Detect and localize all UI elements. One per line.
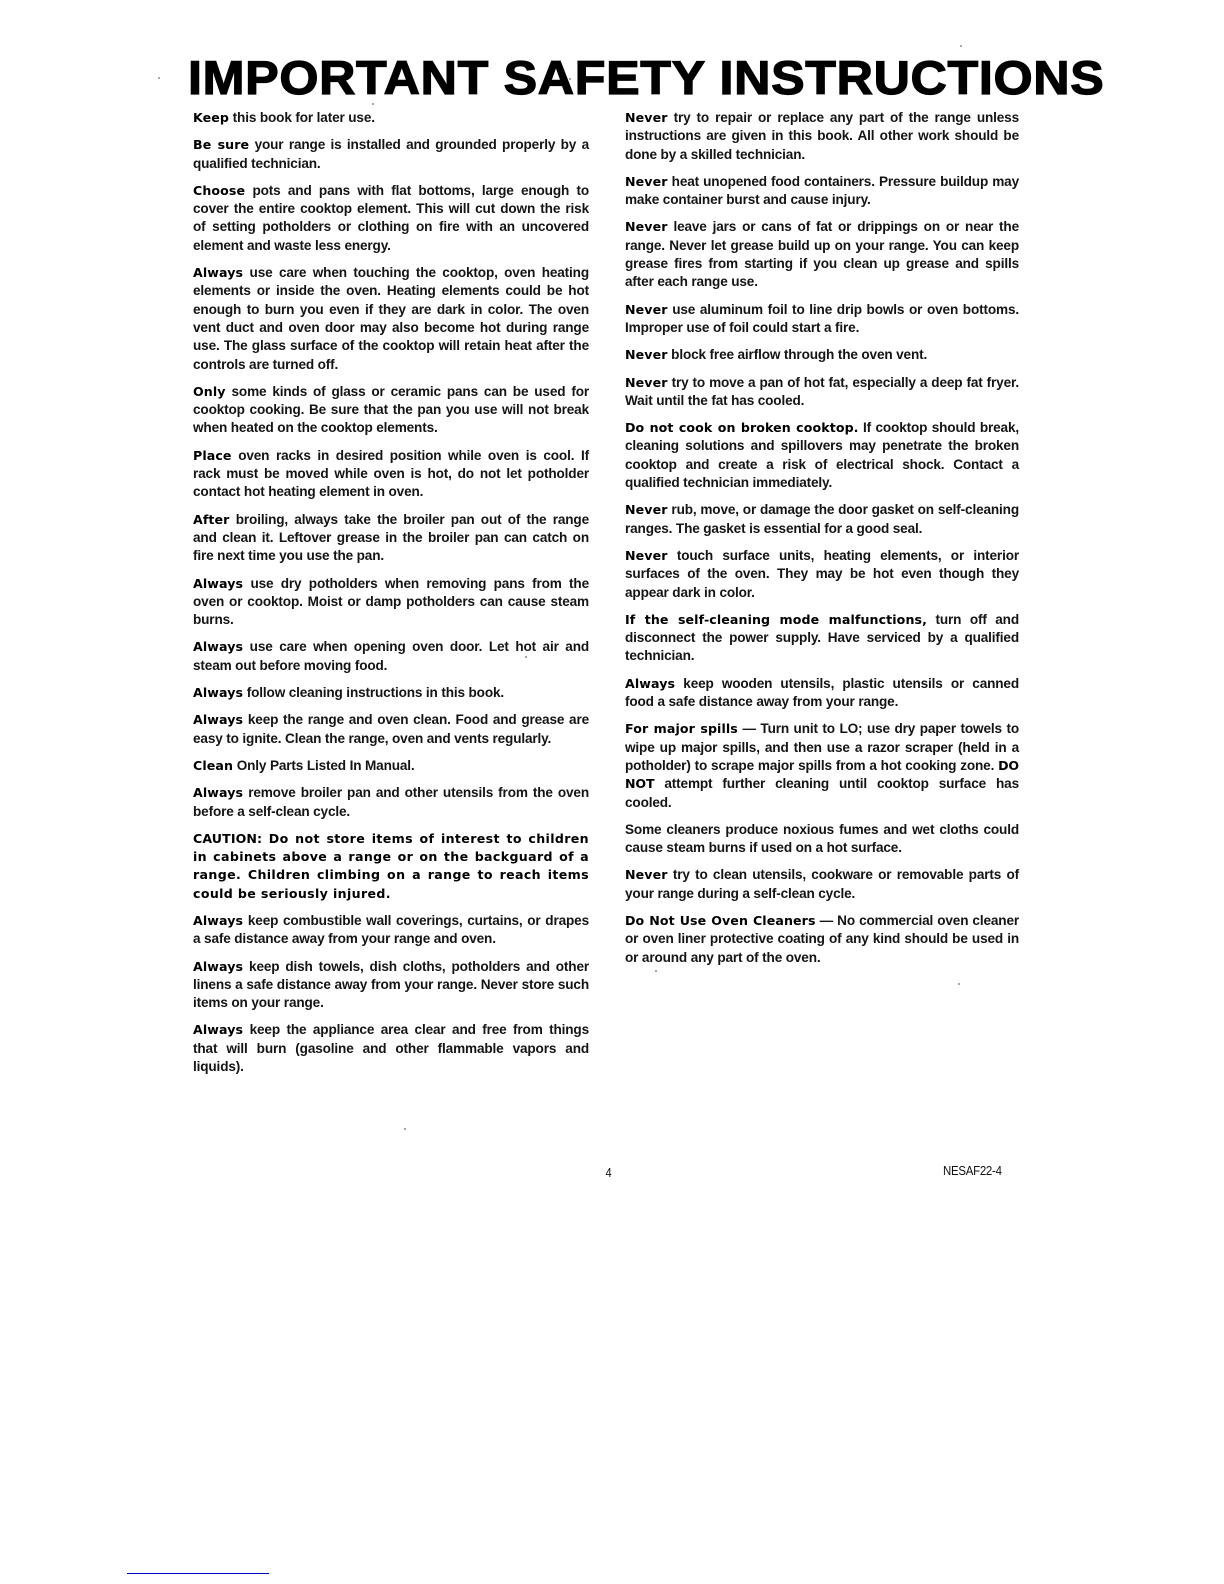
- instruction-text: rub, move, or damage the door gasket on …: [625, 502, 1019, 535]
- instruction-lead: Always: [193, 685, 243, 700]
- instruction-paragraph: Be sure your range is installed and grou…: [193, 136, 589, 173]
- page-number: 4: [606, 1165, 612, 1180]
- instruction-text: broiling, always take the broiler pan ou…: [193, 512, 589, 564]
- instruction-text: your range is installed and grounded pro…: [193, 137, 589, 170]
- instruction-text: keep combustible wall coverings, curtain…: [193, 913, 589, 946]
- instruction-paragraph: After broiling, always take the broiler …: [193, 511, 589, 566]
- instruction-lead: Always: [193, 639, 243, 654]
- instruction-text: follow cleaning instructions in this boo…: [243, 685, 504, 700]
- instruction-lead: Choose: [193, 183, 245, 198]
- scan-speck: [158, 77, 160, 79]
- instruction-text: use aluminum foil to line drip bowls or …: [625, 302, 1019, 335]
- instruction-paragraph: Keep this book for later use.: [193, 109, 589, 127]
- document-code: NESAF22-4: [943, 1163, 1002, 1178]
- scan-speck: [404, 1128, 406, 1130]
- caution-label: CAUTION:: [193, 831, 262, 846]
- instruction-text: Some cleaners produce noxious fumes and …: [625, 822, 1019, 855]
- instruction-paragraph: Always follow cleaning instructions in t…: [193, 684, 589, 702]
- instruction-paragraph: Never try to repair or replace any part …: [625, 109, 1019, 164]
- instruction-lead: Always: [193, 959, 243, 974]
- instruction-lead: Never: [625, 110, 668, 125]
- instruction-lead: Never: [625, 867, 668, 882]
- caution-paragraph: CAUTION: Do not store items of interest …: [193, 830, 589, 903]
- instruction-lead: Be sure: [193, 137, 249, 152]
- instruction-text: keep dish towels, dish cloths, potholder…: [193, 959, 589, 1011]
- right-column: Never try to repair or replace any part …: [625, 109, 1019, 976]
- instruction-paragraph: Clean Only Parts Listed In Manual.: [193, 757, 589, 775]
- instruction-text: Only Parts Listed In Manual.: [233, 758, 414, 773]
- scan-speck: [525, 656, 527, 658]
- instruction-text: try to clean utensils, cookware or remov…: [625, 867, 1019, 900]
- instruction-lead: For major spills: [625, 721, 738, 736]
- instruction-text: this book for later use.: [229, 110, 375, 125]
- instruction-lead: Place: [193, 448, 232, 463]
- instruction-text: oven racks in desired position while ove…: [193, 448, 589, 500]
- instruction-lead: Never: [625, 502, 668, 517]
- instruction-text: keep the appliance area clear and free f…: [193, 1022, 589, 1074]
- instruction-lead: If the self-cleaning mode malfunctions,: [625, 612, 927, 627]
- instruction-text: block free airflow through the oven vent…: [668, 347, 928, 362]
- instruction-text: use care when opening oven door. Let hot…: [193, 639, 589, 672]
- instruction-lead: Only: [193, 384, 226, 399]
- instruction-text: some kinds of glass or ceramic pans can …: [193, 384, 589, 436]
- instruction-text: try to repair or replace any part of the…: [625, 110, 1019, 162]
- instruction-paragraph: Some cleaners produce noxious fumes and …: [625, 821, 1019, 858]
- instruction-lead: Always: [193, 576, 243, 591]
- instruction-paragraph: Never rub, move, or damage the door gask…: [625, 501, 1019, 538]
- instruction-text: keep the range and oven clean. Food and …: [193, 712, 589, 745]
- instruction-paragraph: Place oven racks in desired position whi…: [193, 447, 589, 502]
- instruction-paragraph: Always remove broiler pan and other uten…: [193, 784, 589, 821]
- instruction-lead: Do not cook on broken cooktop.: [625, 420, 859, 435]
- instruction-lead: Clean: [193, 758, 233, 773]
- instruction-paragraph: Never try to move a pan of hot fat, espe…: [625, 374, 1019, 411]
- scan-speck: [569, 78, 571, 80]
- instruction-paragraph: Never heat unopened food containers. Pre…: [625, 173, 1019, 210]
- instruction-paragraph: Always keep wooden utensils, plastic ute…: [625, 675, 1019, 712]
- instruction-paragraph: Never use aluminum foil to line drip bow…: [625, 301, 1019, 338]
- instruction-paragraph: Always keep the appliance area clear and…: [193, 1021, 589, 1076]
- instruction-lead: Always: [625, 676, 675, 691]
- instruction-lead: Never: [625, 219, 668, 234]
- instruction-lead: Always: [193, 265, 243, 280]
- instruction-text: leave jars or cans of fat or drippings o…: [625, 219, 1019, 289]
- instruction-lead: Do Not Use Oven Cleaners: [625, 913, 816, 928]
- scan-speck: [960, 45, 962, 47]
- instruction-paragraph: Always keep the range and oven clean. Fo…: [193, 711, 589, 748]
- scan-speck: [655, 970, 657, 972]
- instruction-text: use care when touching the cooktop, oven…: [193, 265, 589, 371]
- instruction-paragraph: Never try to clean utensils, cookware or…: [625, 866, 1019, 903]
- instruction-text: pots and pans with flat bottoms, large e…: [193, 183, 589, 253]
- instruction-paragraph: Choose pots and pans with flat bottoms, …: [193, 182, 589, 255]
- instruction-text: try to move a pan of hot fat, especially…: [625, 375, 1019, 408]
- instruction-paragraph: If the self-cleaning mode malfunctions, …: [625, 611, 1019, 666]
- instruction-text: heat unopened food containers. Pressure …: [625, 174, 1019, 207]
- footer-rule: [127, 1573, 269, 1574]
- instruction-text: touch surface units, heating elements, o…: [625, 548, 1019, 600]
- instruction-lead: Never: [625, 375, 668, 390]
- instruction-lead: Always: [193, 785, 243, 800]
- instruction-lead: Never: [625, 174, 668, 189]
- instruction-text: remove broiler pan and other utensils fr…: [193, 785, 589, 818]
- instruction-paragraph: Do not cook on broken cooktop. If cookto…: [625, 419, 1019, 492]
- scan-speck: [958, 983, 960, 985]
- instruction-lead: Never: [625, 548, 668, 563]
- instruction-paragraph: Never block free airflow through the ove…: [625, 346, 1019, 364]
- instruction-paragraph: Always use dry potholders when removing …: [193, 575, 589, 630]
- instruction-paragraph: Always use care when opening oven door. …: [193, 638, 589, 675]
- instruction-paragraph: Always keep dish towels, dish cloths, po…: [193, 958, 589, 1013]
- instruction-paragraph: Do Not Use Oven Cleaners — No commercial…: [625, 912, 1019, 967]
- instruction-paragraph: For major spills — Turn unit to LO; use …: [625, 720, 1019, 811]
- instruction-lead: Always: [193, 913, 243, 928]
- scan-speck: [372, 103, 374, 105]
- instruction-lead: Never: [625, 347, 668, 362]
- instruction-lead: After: [193, 512, 230, 527]
- page-title: IMPORTANT SAFETY INSTRUCTIONS: [188, 52, 1104, 104]
- instruction-lead: Always: [193, 1022, 243, 1037]
- instruction-lead: Never: [625, 302, 668, 317]
- instruction-text-after: attempt further cleaning until cooktop s…: [625, 776, 1019, 809]
- instruction-text: use dry potholders when removing pans fr…: [193, 576, 589, 628]
- instruction-text: keep wooden utensils, plastic utensils o…: [625, 676, 1019, 709]
- instruction-paragraph: Always keep combustible wall coverings, …: [193, 912, 589, 949]
- instruction-paragraph: Never leave jars or cans of fat or dripp…: [625, 218, 1019, 291]
- instruction-paragraph: Never touch surface units, heating eleme…: [625, 547, 1019, 602]
- left-column: Keep this book for later use. Be sure yo…: [193, 109, 589, 1085]
- instruction-paragraph: Always use care when touching the cookto…: [193, 264, 589, 374]
- instruction-lead: Always: [193, 712, 243, 727]
- instruction-lead: Keep: [193, 110, 229, 125]
- instruction-paragraph: Only some kinds of glass or ceramic pans…: [193, 383, 589, 438]
